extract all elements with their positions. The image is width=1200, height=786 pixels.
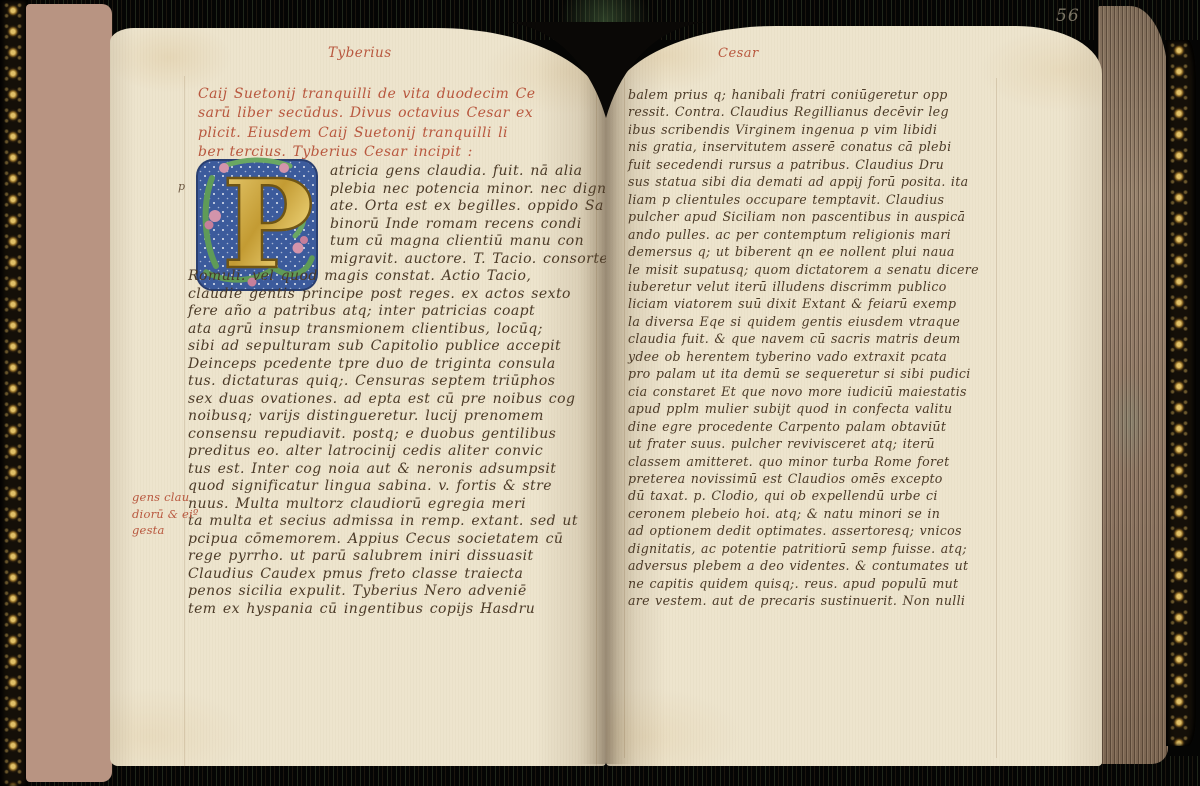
- margin-note: gens claudiorū & eiºgesta: [132, 489, 196, 539]
- manuscript-line: dignitatis, ac potentie patritiorū semp …: [628, 540, 986, 557]
- manuscript-text-left: atricia gens claudia. fuit. nā aliaplebi…: [188, 163, 592, 618]
- ruling-line: [624, 78, 625, 758]
- right-cover-gilt-edge: [1166, 40, 1196, 746]
- manuscript-line: sex duas ovationes. ad epta est cū pre n…: [188, 391, 592, 409]
- manuscript-line: claudia fuit. & que navem cū sacris matr…: [628, 330, 986, 347]
- ruling-line: [596, 76, 597, 766]
- manuscript-line: pro palam ut ita demū se sequeretur si s…: [628, 365, 986, 382]
- running-header-right: Cesar: [718, 46, 759, 61]
- manuscript-line: fere año a patribus atq; inter patricias…: [188, 303, 592, 321]
- manuscript-line: claudie gentis principe post reges. ex a…: [188, 286, 592, 304]
- manuscript-line: ut frater suus. pulcher revivisceret atq…: [628, 435, 986, 452]
- manuscript-text-right: balem prius q; hanibali fratri coniūgere…: [628, 86, 986, 610]
- manuscript-line: adversus plebem a deo videntes. & contum…: [628, 557, 986, 574]
- manuscript-line: ydee ob herentem tyberino vado extraxit …: [628, 348, 986, 365]
- manuscript-line: classem amitteret. quo minor turba Rome …: [628, 453, 986, 470]
- manuscript-line: dū taxat. p. Clodio, qui ob expellendū u…: [628, 487, 986, 504]
- book-spread: Tyberius Caij Suetonij tranquilli de vit…: [0, 0, 1200, 786]
- rubric-line: Caij Suetonij tranquilli de vita duodeci…: [198, 85, 594, 104]
- manuscript-line: apud pplm mulier subijt quod in confecta…: [628, 400, 986, 417]
- right-page: Cesar balem prius q; hanibali fratri con…: [606, 26, 1102, 766]
- manuscript-line: liam p clientules occupare temptavit. Cl…: [628, 191, 986, 208]
- manuscript-line: atricia gens claudia. fuit. nā alia: [188, 163, 592, 181]
- manuscript-line: Claudius Caudex pmus freto classe traiec…: [188, 566, 592, 584]
- manuscript-line: tus. dictaturas quiq;. Censuras septem t…: [188, 373, 592, 391]
- manuscript-line: noibusq; varijs distingueretur. lucij pr…: [188, 408, 592, 426]
- manuscript-line: preterea novissimū est Claudios omēs exc…: [628, 470, 986, 487]
- manuscript-line: ibus scribendis Virginem ingenua p vim l…: [628, 121, 986, 138]
- manuscript-line: Deinceps pcedente tpre duo de triginta c…: [188, 356, 592, 374]
- manuscript-line: le misit supatusq; quom dictatorem a sen…: [628, 261, 986, 278]
- manuscript-line: sibi ad sepulturam sub Capitolio publice…: [188, 338, 592, 356]
- manuscript-line: ta multa et secius admissa in remp. exta…: [188, 513, 592, 531]
- manuscript-line: dine egre procedente Carpento palam obta…: [628, 418, 986, 435]
- manuscript-line: are vestem. aut de precaris sustinuerit.…: [628, 592, 986, 609]
- manuscript-line: rege pyrrho. ut parū salubrem iniri diss…: [188, 548, 592, 566]
- manuscript-line: migravit. auctore. T. Tacio. consorte: [188, 251, 592, 269]
- manuscript-line: liciam viatorem suū dixit Extant & feiar…: [628, 295, 986, 312]
- guide-letter: p: [178, 180, 185, 193]
- margin-note-line: gesta: [132, 522, 196, 539]
- manuscript-line: tus est. Inter cog noia aut & neronis ad…: [188, 461, 592, 479]
- manuscript-line: tum cū magna clientiū manu con: [188, 233, 592, 251]
- manuscript-line: ne capitis quidem quisq;. reus. apud pop…: [628, 575, 986, 592]
- manuscript-line: demersus q; ut biberent qn ee nollent pl…: [628, 243, 986, 260]
- manuscript-line: plebia nec potencia minor. nec dignit: [188, 181, 592, 199]
- manuscript-line: pulcher apud Siciliam non pascentibus in…: [628, 208, 986, 225]
- manuscript-line: ata agrū insup transmionem clientibus, l…: [188, 321, 592, 339]
- margin-note-line: gens clau: [132, 489, 196, 506]
- manuscript-line: cia constaret Et que novo more iudiciū m…: [628, 383, 986, 400]
- text-block-full-width: Romuli. vel quod magis constat. Actio Ta…: [188, 268, 592, 618]
- manuscript-line: consensu repudiavit. postq; e duobus gen…: [188, 426, 592, 444]
- manuscript-line: balem prius q; hanibali fratri coniūgere…: [628, 86, 986, 103]
- manuscript-line: ando pulles. ac per contemptum religioni…: [628, 226, 986, 243]
- manuscript-line: iuberetur velut iterū illudens discrimm …: [628, 278, 986, 295]
- manuscript-line: nuus. Multa multorz claudiorū egregia me…: [188, 496, 592, 514]
- left-cover-gilt-edge: [0, 0, 28, 786]
- manuscript-line: la diversa Eqe si quidem gentis eiusdem …: [628, 313, 986, 330]
- running-header-left: Tyberius: [328, 45, 392, 61]
- folio-number: 56: [1056, 6, 1080, 26]
- manuscript-line: tem ex hyspania cū ingentibus copijs Has…: [188, 601, 592, 619]
- left-page: Tyberius Caij Suetonij tranquilli de vit…: [110, 28, 606, 766]
- manuscript-line: ad optionem dedit optimates. assertoresq…: [628, 522, 986, 539]
- manuscript-line: sus statua sibi dia demati ad appij forū…: [628, 173, 986, 190]
- manuscript-line: ate. Orta est ex begilles. oppido Sa: [188, 198, 592, 216]
- rubric-line: sarū liber secūdus. Divus octavius Cesar…: [198, 104, 594, 123]
- manuscript-line: quod significatur lingua sabina. v. fort…: [188, 478, 592, 496]
- left-fore-edge-marbled: [26, 4, 112, 782]
- manuscript-line: pcipua cōmemorem. Appius Cecus societate…: [188, 531, 592, 549]
- text-block-beside-initial: atricia gens claudia. fuit. nā aliaplebi…: [188, 163, 592, 268]
- rubric-line: plicit. Eiusdem Caij Suetonij tranquilli…: [198, 124, 594, 143]
- manuscript-line: ceronem plebeio hoi. atq; & natu minori …: [628, 505, 986, 522]
- manuscript-line: ressit. Contra. Claudius Regillianus dec…: [628, 103, 986, 120]
- manuscript-line: nis gratia, inservitutem asserē conatus …: [628, 138, 986, 155]
- manuscript-line: Romuli. vel quod magis constat. Actio Ta…: [188, 268, 592, 286]
- margin-note-line: diorū & eiº: [132, 506, 196, 523]
- manuscript-line: fuit secedendi rursus a patribus. Claudi…: [628, 156, 986, 173]
- right-page-stack-edge: [1098, 6, 1168, 764]
- manuscript-line: preditus eo. alter latrocinij cedis alit…: [188, 443, 592, 461]
- ruling-line: [996, 78, 997, 758]
- manuscript-line: binorū Inde romam recens condi: [188, 216, 592, 234]
- rubric-incipit: Caij Suetonij tranquilli de vita duodeci…: [198, 85, 594, 162]
- manuscript-line: penos sicilia expulit. Tyberius Nero adv…: [188, 583, 592, 601]
